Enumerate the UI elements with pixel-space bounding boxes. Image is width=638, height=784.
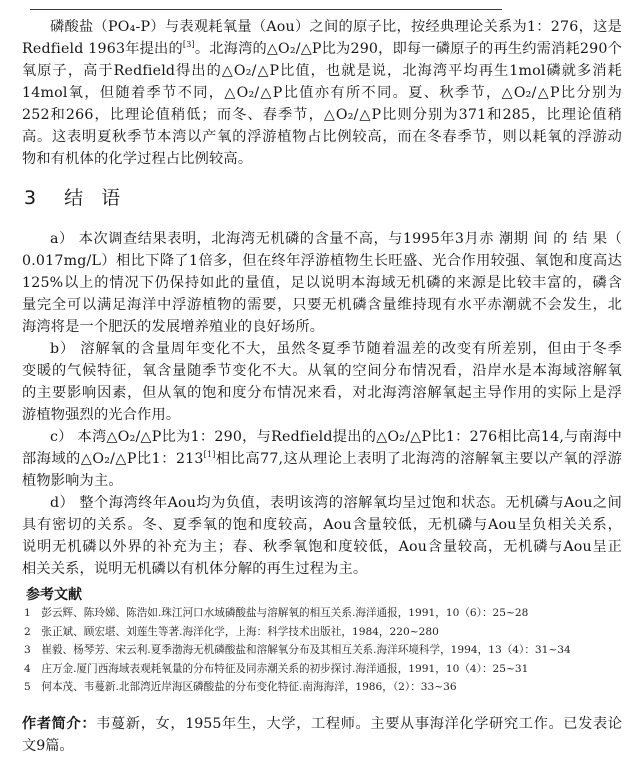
reference-number: 4 [24,660,38,679]
text-line: 游植物强烈的光合作用。 [22,404,622,426]
citation-marker: [1] [204,450,216,459]
reference-item: 3 崔毅、杨琴芳、宋云利.夏季渤海无机磷酸盐和溶解氧分布及其相互关系.海洋环境科… [24,641,624,660]
reference-number: 1 [24,604,38,623]
text-line: 植物影响为主。 [22,470,622,492]
reference-item: 4 庄万金.厦门西海域表观耗氧量的分布特征及同赤潮关系的初步探讨.海洋通报，19… [24,660,624,679]
text-line: 部海域的△O₂/△P比1：213[1]相比高77,这从理论上表明了北海湾的溶解氧… [22,448,622,470]
text-line: 0.017mg/L）相比下降了1倍多，但在终年浮游植物生长旺盛、光合作用较强、氧… [22,250,622,272]
reference-item: 2 张正斌、顾宏堪、刘莲生等著.海洋化学，上海：科学技术出版社，1984，220… [24,623,624,642]
reference-item: 1 彭云辉、陈玲娣、陈浩如.珠江河口水域磷酸盐与溶解氧的相互关系.海洋通报，19… [24,604,624,623]
citation-marker: [3] [183,40,195,49]
reference-number: 3 [24,641,38,660]
text-line: 说明无机磷以外界的补充为主；春、秋季氧饱和度较低，Aou含量较高，无机磷与Aou… [22,536,622,558]
section-title: 结 语 [64,187,126,209]
header-rule [30,9,502,10]
text-line: 变暖的气候特征，氧含量随季节变化不大。从氧的空间分布情况看，沿岸水是本海域溶解氧 [22,360,622,382]
reference-text: 彭云辉、陈玲娣、陈浩如.珠江河口水域磷酸盐与溶解氧的相互关系.海洋通报，1991… [41,607,528,619]
author-bio-line: 文9篇。 [22,735,622,757]
text-line: 相关关系，说明无机磷以有机体分解的再生过程为主。 [22,558,622,580]
text-line: a） 本次调查结果表明，北海湾无机磷的含量不高，与1995年3月赤 潮期 间 的… [22,228,622,250]
text-line: Redfield 1963年提出的[3]。北海湾的△O₂/△P比为290，即每一… [22,38,622,60]
conclusion-b: b） 溶解氧的含量周年变化不大，虽然冬夏季节随着温差的改变有所差别，但由于冬季 … [22,338,622,426]
text-line: 252和266，比理论值稍低；而冬、春季节，△O₂/△P比则分别为371和285… [22,104,622,126]
reference-text: 张正斌、顾宏堪、刘莲生等著.海洋化学，上海：科学技术出版社，1984，220~2… [41,626,438,638]
references-list: 1 彭云辉、陈玲娣、陈浩如.珠江河口水域磷酸盐与溶解氧的相互关系.海洋通报，19… [24,604,624,697]
text-line: 磷酸盐（PO₄-P）与表观耗氧量（Aou）之间的原子比，按经典理论关系为1：27… [22,16,622,38]
text-line: d） 整个海湾终年Aou均为负值，表明该湾的溶解氧均呈过饱和状态。无机磷与Aou… [22,492,622,514]
conclusion-a: a） 本次调查结果表明，北海湾无机磷的含量不高，与1995年3月赤 潮期 间 的… [22,228,622,338]
text-line: 氧原子，高于Redfield得出的△O₂/△P比值，也就是说，北海湾平均再生1m… [22,60,622,82]
text-line: c） 本湾△O₂/△P比为1：290，与Redfield提出的△O₂/△P比1：… [22,426,622,448]
reference-number: 2 [24,623,38,642]
text-line: 物和有机体的化学过程占比例较高。 [22,148,622,170]
text-line: 海湾将是一个肥沃的发展增养殖业的良好场所。 [22,316,622,338]
reference-number: 5 [24,678,38,697]
paragraph-intro: 磷酸盐（PO₄-P）与表观耗氧量（Aou）之间的原子比，按经典理论关系为1：27… [22,16,622,170]
text-line: b） 溶解氧的含量周年变化不大，虽然冬夏季节随着温差的改变有所差别，但由于冬季 [22,338,622,360]
reference-text: 庄万金.厦门西海域表观耗氧量的分布特征及同赤潮关系的初步探讨.海洋通报，1991… [41,663,528,675]
text-line: 14mol氧，但随着季节不同，△O₂/△P比值亦有所不同。夏、秋季节，△O₂/△… [22,82,622,104]
text-line: 的主要影响因素，但从氧的饱和度分布情况来看，对北海湾溶解氧起主导作用的实际上是浮 [22,382,622,404]
author-bio-text: 韦蔓新，女，1955年生，大学，工程师。主要从事海洋化学研究工作。已发表论 [96,716,622,732]
section-number: 3 [24,187,42,209]
conclusion-d: d） 整个海湾终年Aou均为负值，表明该湾的溶解氧均呈过饱和状态。无机磷与Aou… [22,492,622,580]
author-bio: 作者简介：韦蔓新，女，1955年生，大学，工程师。主要从事海洋化学研究工作。已发… [22,713,622,757]
section-heading: 3 结 语 [24,183,126,210]
reference-item: 5 何本茂、韦蔓新.北部湾近岸海区磷酸盐的分布变化特征.南海海洋，1986，（2… [24,678,624,697]
text-line: 量完全可以满足海洋中浮游植物的需要，只要无机磷含量维持现有水平赤潮就不会发生，北 [22,294,622,316]
text-line: 具有密切的关系。冬、夏季氧的饱和度较高，Aou含量较低，无机磷与Aou呈负相关关… [22,514,622,536]
text-line: 高。这表明夏秋季节本湾以产氧的浮游植物占比例较高，而在冬春季节，则以耗氧的浮游动 [22,126,622,148]
conclusion-c: c） 本湾△O₂/△P比为1：290，与Redfield提出的△O₂/△P比1：… [22,426,622,492]
reference-text: 崔毅、杨琴芳、宋云利.夏季渤海无机磷酸盐和溶解氧分布及其相互关系.海洋环境科学，… [41,644,570,656]
author-bio-label: 作者简介： [22,716,96,732]
author-bio-line: 作者简介：韦蔓新，女，1955年生，大学，工程师。主要从事海洋化学研究工作。已发… [22,713,622,735]
references-heading: 参考文献 [26,584,82,604]
text-line: 125%以上的情况下仍保持如此的量值，足以说明本海域无机磷的来源是比较丰富的，磷… [22,272,622,294]
reference-text: 何本茂、韦蔓新.北部湾近岸海区磷酸盐的分布变化特征.南海海洋，1986，（2）：… [41,681,456,693]
